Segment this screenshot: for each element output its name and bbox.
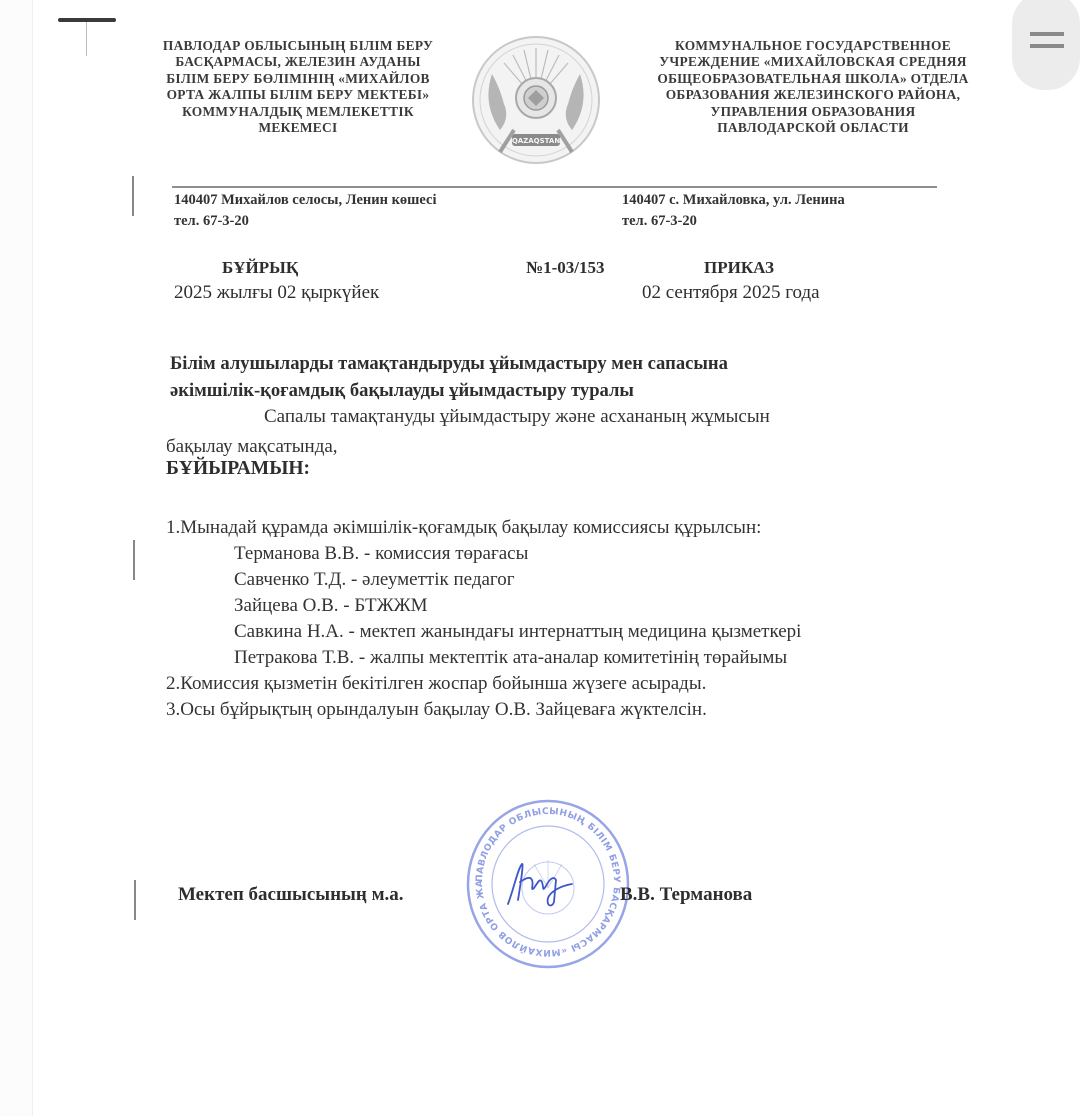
order-subject-cont: әкімшілік-қоғамдық бақылауды ұйымдастыру… xyxy=(170,380,634,402)
preamble-cont: бақылау мақсатында, xyxy=(166,436,338,458)
letterhead-kz-line: МЕКЕМЕСІ xyxy=(138,120,458,136)
address-ru-street: 140407 с. Михайловка, ул. Ленина xyxy=(622,190,845,211)
order-date-ru: 02 сентября 2025 года xyxy=(642,282,820,304)
preamble: Сапалы тамақтануды ұйымдастыру және асха… xyxy=(264,406,770,428)
order-title-kz: БҰЙРЫҚ xyxy=(222,258,298,278)
commission-member: Терманова В.В. - комиссия төрағасы xyxy=(234,543,528,565)
order-item-3: 3.Осы бұйрықтың орындалуын бақылау О.В. … xyxy=(166,699,707,721)
letterhead-ru-line: ПАВЛОДАРСКОЙ ОБЛАСТИ xyxy=(628,120,998,136)
signatory-position: Мектеп басшысының м.а. xyxy=(178,884,404,906)
address-ru-phone: тел. 67-3-20 xyxy=(622,211,845,232)
letterhead-ru-line: КОММУНАЛЬНОЕ ГОСУДАРСТВЕННОЕ xyxy=(628,38,998,54)
letterhead-ru-line: УЧРЕЖДЕНИЕ «МИХАЙЛОВСКАЯ СРЕДНЯЯ xyxy=(628,54,998,70)
address-kz: 140407 Михайлов селосы, Ленин көшесі тел… xyxy=(174,190,437,232)
letterhead-kz-line: БІЛІМ БЕРУ БӨЛІМІНІҢ «МИХАЙЛОВ xyxy=(138,71,458,87)
emblem-label: QAZAQSTAN xyxy=(512,137,561,145)
address-ru: 140407 с. Михайловка, ул. Ленина тел. 67… xyxy=(622,190,845,232)
punch-mark xyxy=(58,18,116,22)
order-item-2: 2.Комиссия қызметін бекітілген жоспар бо… xyxy=(166,673,706,695)
letterhead-kz-line: КОММУНАЛДЫҚ МЕМЛЕКЕТТІК xyxy=(138,104,458,120)
letterhead-ru-line: УПРАВЛЕНИЯ ОБРАЗОВАНИЯ xyxy=(628,104,998,120)
viewer-menu-button[interactable] xyxy=(1012,0,1080,90)
order-title-ru: ПРИКАЗ xyxy=(704,258,774,278)
order-date-kz: 2025 жылғы 02 қыркүйек xyxy=(174,282,379,304)
commission-member: Савкина Н.А. - мектеп жанындағы интернат… xyxy=(234,621,801,643)
kazakhstan-emblem-icon: QAZAQSTAN xyxy=(470,34,602,166)
signature-mark xyxy=(500,858,580,908)
letterhead-kz-line: ПАВЛОДАР ОБЛЫСЫНЫҢ БІЛІМ БЕРУ xyxy=(138,38,458,54)
letterhead-kz-line: ОРТА ЖАЛПЫ БІЛІМ БЕРУ МЕКТЕБІ» xyxy=(138,87,458,103)
order-command: БҰЙЫРАМЫН: xyxy=(166,458,310,480)
letterhead-kz-line: БАСҚАРМАСЫ, ЖЕЛЕЗИН АУДАНЫ xyxy=(138,54,458,70)
margin-mark xyxy=(132,176,134,216)
hamburger-icon xyxy=(1030,32,1064,36)
order-subject: Білім алушыларды тамақтандыруды ұйымдаст… xyxy=(170,353,728,375)
letterhead-ru: КОММУНАЛЬНОЕ ГОСУДАРСТВЕННОЕ УЧРЕЖДЕНИЕ … xyxy=(628,38,998,136)
order-item-1: 1.Мынадай құрамда әкімшілік-қоғамдық бақ… xyxy=(166,517,761,539)
punch-mark-tick xyxy=(86,22,87,56)
address-kz-street: 140407 Михайлов селосы, Ленин көшесі xyxy=(174,190,437,211)
page-edge xyxy=(0,0,33,1116)
commission-member: Петракова Т.В. - жалпы мектептік ата-ана… xyxy=(234,647,787,669)
signatory-name: В.В. Терманова xyxy=(620,884,752,906)
letterhead-kz: ПАВЛОДАР ОБЛЫСЫНЫҢ БІЛІМ БЕРУ БАСҚАРМАСЫ… xyxy=(138,38,458,136)
commission-member: Савченко Т.Д. - әлеуметтік педагог xyxy=(234,569,515,591)
margin-mark xyxy=(133,540,135,580)
letterhead-ru-line: ОБЩЕОБРАЗОВАТЕЛЬНАЯ ШКОЛА» ОТДЕЛА xyxy=(628,71,998,87)
letterhead-ru-line: ОБРАЗОВАНИЯ ЖЕЛЕЗИНСКОГО РАЙОНА, xyxy=(628,87,998,103)
hamburger-icon xyxy=(1030,44,1064,48)
order-number: №1-03/153 xyxy=(526,258,604,278)
commission-member: Зайцева О.В. - БТЖЖМ xyxy=(234,595,428,617)
margin-mark xyxy=(134,880,136,920)
address-kz-phone: тел. 67-3-20 xyxy=(174,211,437,232)
header-divider xyxy=(172,186,937,188)
